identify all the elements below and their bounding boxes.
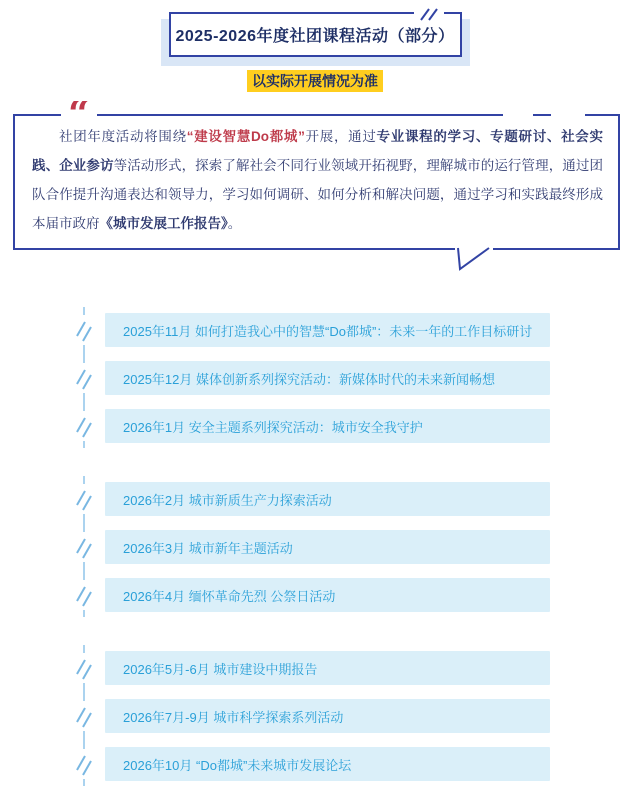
slash-marks-icon	[72, 701, 96, 731]
slash-marks-icon	[72, 653, 96, 683]
timeline-row: 2026年10月 “Do都城”未来城市发展论坛	[70, 747, 630, 781]
intro-segment: “建设智慧Do都城”	[187, 129, 305, 144]
timeline-item: 2025年11月 如何打造我心中的智慧“Do都城”：未来一年的工作目标研讨	[105, 313, 550, 347]
intro-segment: 。	[228, 216, 242, 231]
timeline-item: 2026年1月 安全主题系列探究活动：城市安全我守护	[105, 409, 550, 443]
page-title: 2025-2026年度社团课程活动（部分）	[173, 23, 458, 46]
slash-marks-icon	[72, 411, 96, 441]
timeline-row: 2025年11月 如何打造我心中的智慧“Do都城”：未来一年的工作目标研讨	[70, 313, 630, 347]
timeline-group: 2026年2月 城市新质生产力探索活动2026年3月 城市新年主题活动2026年…	[70, 482, 630, 612]
border-dash-decoration	[503, 114, 585, 116]
timeline-item: 2026年2月 城市新质生产力探索活动	[105, 482, 550, 516]
intro-paragraph: 社团年度活动将围绕“建设智慧Do都城”开展，通过专业课程的学习、专题研讨、社会实…	[32, 122, 603, 238]
title-box: 2025-2026年度社团课程活动（部分）	[169, 12, 462, 57]
intro-segment: 开展，通过	[305, 129, 377, 144]
slash-marks-icon	[72, 315, 96, 345]
timeline-item: 2026年7月-9月 城市科学探索系列活动	[105, 699, 550, 733]
timeline-row: 2026年7月-9月 城市科学探索系列活动	[70, 699, 630, 733]
timeline-group: 2025年11月 如何打造我心中的智慧“Do都城”：未来一年的工作目标研讨202…	[70, 313, 630, 443]
slash-marks-icon	[72, 532, 96, 562]
slash-marks-icon	[72, 580, 96, 610]
timeline-item: 2026年3月 城市新年主题活动	[105, 530, 550, 564]
timeline-item: 2026年10月 “Do都城”未来城市发展论坛	[105, 747, 550, 781]
slash-marks-icon	[72, 484, 96, 514]
timeline-row: 2026年3月 城市新年主题活动	[70, 530, 630, 564]
intro-box: “ 社团年度活动将围绕“建设智慧Do都城”开展，通过专业课程的学习、专题研讨、社…	[13, 114, 620, 250]
intro-segment: 《城市发展工作报告》	[100, 216, 228, 231]
timeline-row: 2026年4月 缅怀革命先烈 公祭日活动	[70, 578, 630, 612]
timeline-row: 2025年12月 媒体创新系列探究活动：新媒体时代的未来新闻畅想	[70, 361, 630, 395]
double-slash-icon	[414, 6, 444, 23]
timeline-item: 2025年12月 媒体创新系列探究活动：新媒体时代的未来新闻畅想	[105, 361, 550, 395]
slash-marks-icon	[72, 749, 96, 779]
timeline-row: 2026年2月 城市新质生产力探索活动	[70, 482, 630, 516]
note-line: 以实际开展情况为准	[0, 70, 630, 92]
highlighted-note: 以实际开展情况为准	[247, 70, 383, 92]
title-card: 2025-2026年度社团课程活动（部分）	[169, 12, 462, 57]
timeline: 2025年11月 如何打造我心中的智慧“Do都城”：未来一年的工作目标研讨202…	[70, 313, 630, 781]
page: 2025-2026年度社团课程活动（部分） 以实际开展情况为准 “ 社团年度活动…	[0, 0, 630, 792]
speech-tail-icon	[453, 247, 497, 273]
timeline-item: 2026年4月 缅怀革命先烈 公祭日活动	[105, 578, 550, 612]
timeline-row: 2026年5月-6月 城市建设中期报告	[70, 651, 630, 685]
timeline-row: 2026年1月 安全主题系列探究活动：城市安全我守护	[70, 409, 630, 443]
timeline-item: 2026年5月-6月 城市建设中期报告	[105, 651, 550, 685]
opening-quote-icon: “	[61, 101, 97, 123]
timeline-group: 2026年5月-6月 城市建设中期报告2026年7月-9月 城市科学探索系列活动…	[70, 651, 630, 781]
slash-marks-icon	[72, 363, 96, 393]
intro-segment: 社团年度活动将围绕	[59, 129, 187, 144]
